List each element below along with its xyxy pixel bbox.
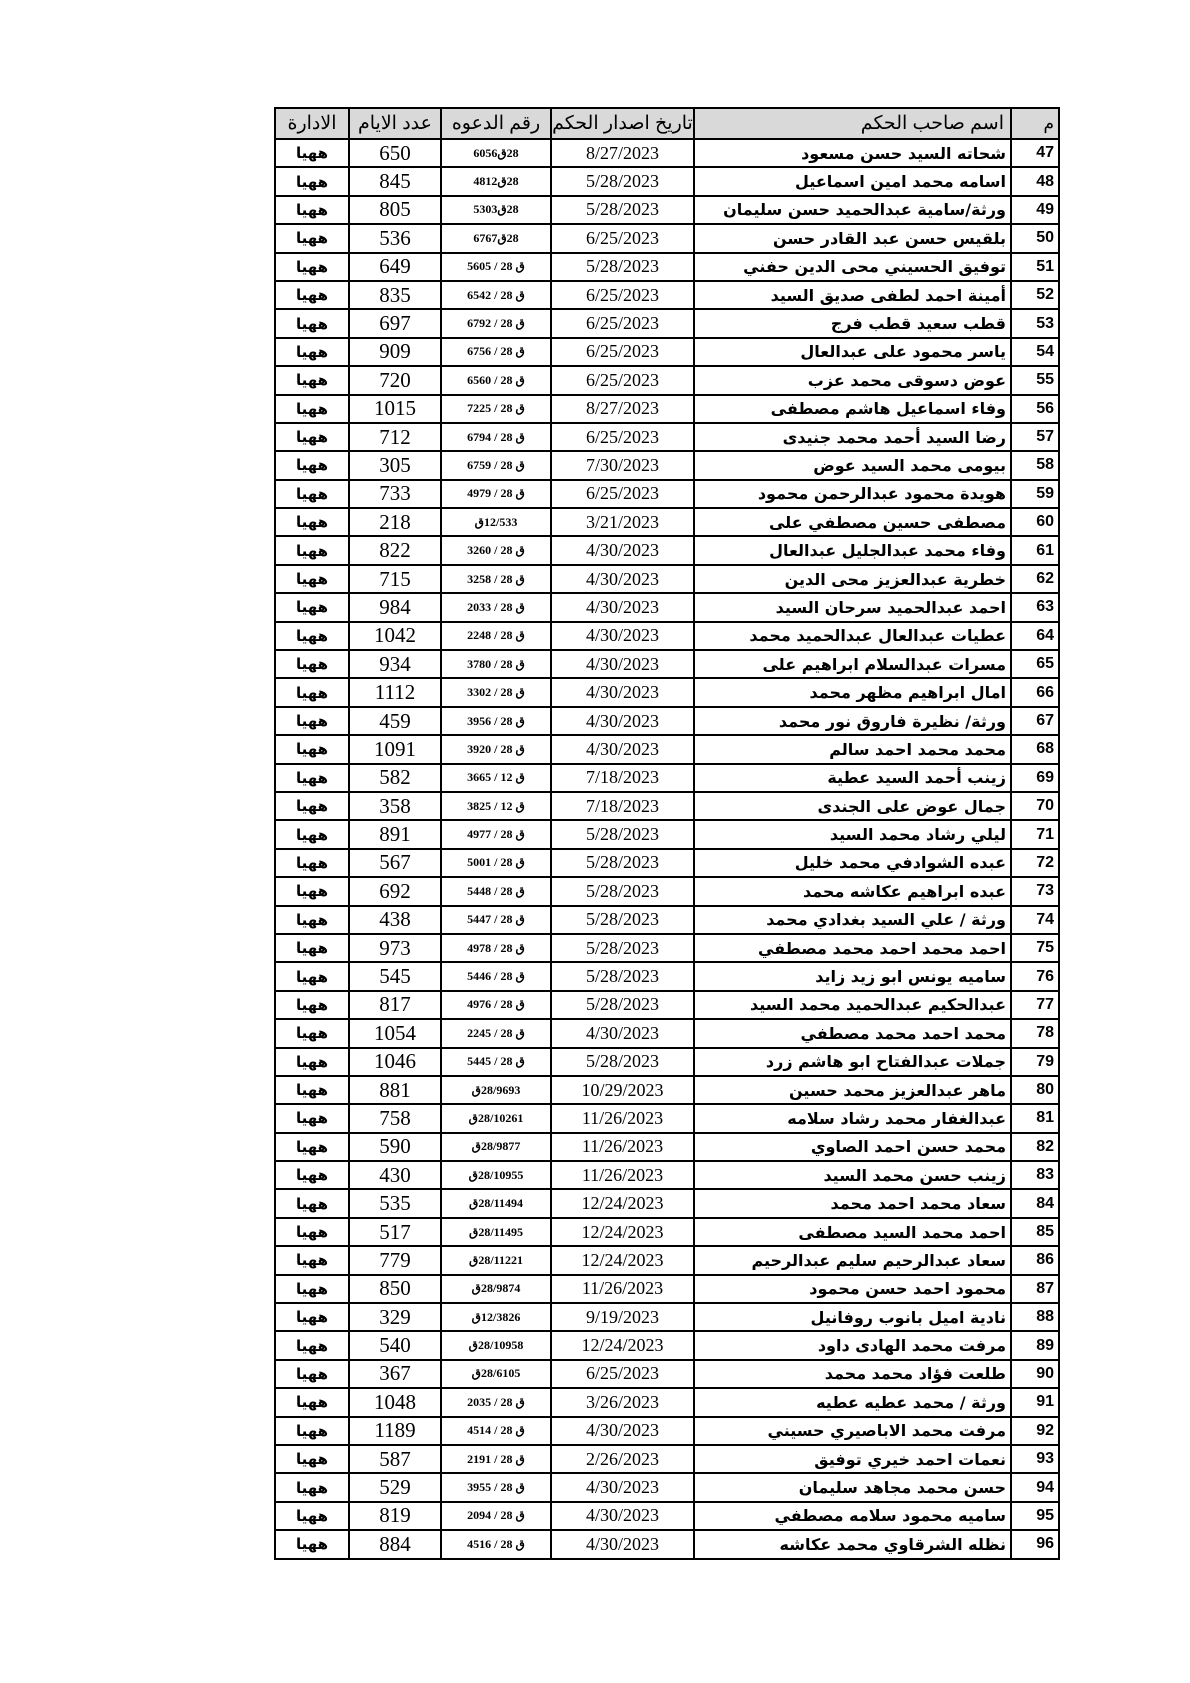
cell-case-number: 28ق5303 (441, 196, 551, 224)
cell-serial: 71 (1011, 820, 1059, 848)
table-row: ههيا1042ق 28 / 22484/30/2023عطيات عبدالع… (275, 622, 1059, 650)
cell-name: زينب أحمد السيد عطية (694, 764, 1011, 792)
cell-name: ورثة/سامية عبدالحميد حسن سليمان (694, 196, 1011, 224)
table-row: ههيا819ق 28 / 20944/30/2023ساميه محمود س… (275, 1502, 1059, 1530)
cell-name: وفاء محمد عبدالجليل عبدالعال (694, 536, 1011, 564)
cell-name: جمال عوض على الجندى (694, 792, 1011, 820)
cell-case-number: ق 12 / 3825 (441, 792, 551, 820)
cell-admin: ههيا (275, 1275, 349, 1303)
cell-name: احمد عبدالحميد سرحان السيد (694, 593, 1011, 621)
cell-days: 984 (349, 593, 441, 621)
cell-days: 720 (349, 366, 441, 394)
cell-ruling-date: 6/25/2023 (551, 480, 694, 508)
cell-admin: ههيا (275, 622, 349, 650)
table-row: ههيا459ق 28 / 39564/30/2023ورثة/ نظيرة ف… (275, 707, 1059, 735)
cell-case-number: ق 28 / 4978 (441, 934, 551, 962)
cell-serial: 83 (1011, 1161, 1059, 1189)
cell-ruling-date: 5/28/2023 (551, 962, 694, 990)
cell-admin: ههيا (275, 536, 349, 564)
cell-serial: 58 (1011, 451, 1059, 479)
cell-admin: ههيا (275, 792, 349, 820)
cell-case-number: ق 28 / 4514 (441, 1417, 551, 1445)
cell-admin: ههيا (275, 1104, 349, 1132)
table-row: ههيا43028/10955ق11/26/2023زينب حسن محمد … (275, 1161, 1059, 1189)
table-row: ههيا54028/10958ق12/24/2023مرفت محمد الها… (275, 1331, 1059, 1359)
cell-days: 582 (349, 764, 441, 792)
cell-serial: 62 (1011, 565, 1059, 593)
cell-name: عوض دسوقى محمد عزب (694, 366, 1011, 394)
cell-name: أمينة احمد لطفى صديق السيد (694, 281, 1011, 309)
cell-serial: 53 (1011, 309, 1059, 337)
table-row: ههيا715ق 28 / 32584/30/2023خطرية عبدالعز… (275, 565, 1059, 593)
cell-days: 697 (349, 309, 441, 337)
cell-days: 891 (349, 820, 441, 848)
cell-serial: 76 (1011, 962, 1059, 990)
table-row: ههيا934ق 28 / 37804/30/2023مسرات عبدالسل… (275, 650, 1059, 678)
cell-admin: ههيا (275, 849, 349, 877)
cell-case-number: ق 28 / 4977 (441, 820, 551, 848)
cell-admin: ههيا (275, 224, 349, 252)
rulings-table-sheet: الادارة عدد الايام رقم الدعوه تاريخ اصدا… (274, 107, 1058, 1560)
cell-ruling-date: 12/24/2023 (551, 1218, 694, 1246)
cell-admin: ههيا (275, 196, 349, 224)
cell-days: 819 (349, 1502, 441, 1530)
table-row: ههيا649ق 28 / 56055/28/2023توفيق الحسيني… (275, 253, 1059, 281)
cell-name: خطرية عبدالعزيز محى الدين (694, 565, 1011, 593)
cell-serial: 57 (1011, 423, 1059, 451)
cell-days: 850 (349, 1275, 441, 1303)
cell-ruling-date: 11/26/2023 (551, 1161, 694, 1189)
cell-name: احمد محمد السيد مصطفى (694, 1218, 1011, 1246)
cell-days: 305 (349, 451, 441, 479)
header-ruling-date: تاريخ اصدار الحكم (551, 108, 694, 139)
cell-serial: 51 (1011, 253, 1059, 281)
cell-case-number: 28ق4812 (441, 167, 551, 195)
cell-ruling-date: 8/27/2023 (551, 139, 694, 167)
cell-ruling-date: 5/28/2023 (551, 849, 694, 877)
cell-case-number: ق 28 / 5445 (441, 1048, 551, 1076)
cell-case-number: 28/9874ق (441, 1275, 551, 1303)
cell-serial: 88 (1011, 1303, 1059, 1331)
cell-admin: ههيا (275, 1388, 349, 1416)
cell-serial: 50 (1011, 224, 1059, 252)
cell-days: 973 (349, 934, 441, 962)
cell-ruling-date: 9/19/2023 (551, 1303, 694, 1331)
cell-days: 529 (349, 1473, 441, 1501)
cell-serial: 91 (1011, 1388, 1059, 1416)
cell-name: بلقيس حسن عبد القادر حسن (694, 224, 1011, 252)
cell-ruling-date: 7/18/2023 (551, 792, 694, 820)
cell-serial: 68 (1011, 735, 1059, 763)
table-row: ههيا53528/11494ق12/24/2023سعاد محمد احمد… (275, 1189, 1059, 1217)
cell-case-number: ق 28 / 2248 (441, 622, 551, 650)
cell-days: 881 (349, 1076, 441, 1104)
cell-admin: ههيا (275, 1133, 349, 1161)
cell-days: 817 (349, 991, 441, 1019)
cell-case-number: ق 28 / 2035 (441, 1388, 551, 1416)
cell-case-number: ق 28 / 3955 (441, 1473, 551, 1501)
table-row: ههيا973ق 28 / 49785/28/2023احمد محمد احم… (275, 934, 1059, 962)
cell-ruling-date: 4/30/2023 (551, 650, 694, 678)
cell-days: 712 (349, 423, 441, 451)
cell-serial: 81 (1011, 1104, 1059, 1132)
cell-name: ماهر عبدالعزيز محمد حسين (694, 1076, 1011, 1104)
cell-ruling-date: 11/26/2023 (551, 1133, 694, 1161)
cell-serial: 73 (1011, 877, 1059, 905)
cell-name: مصطفى حسين مصطفي على (694, 508, 1011, 536)
cell-days: 692 (349, 877, 441, 905)
cell-case-number: ق 28 / 6794 (441, 423, 551, 451)
table-row: ههيا36728/6105ق6/25/2023طلعت فؤاد محمد م… (275, 1360, 1059, 1388)
cell-case-number: ق 28 / 3956 (441, 707, 551, 735)
cell-ruling-date: 4/30/2023 (551, 1019, 694, 1047)
cell-case-number: ق 28 / 5446 (441, 962, 551, 990)
cell-serial: 79 (1011, 1048, 1059, 1076)
cell-name: محمود احمد حسن محمود (694, 1275, 1011, 1303)
cell-days: 540 (349, 1331, 441, 1359)
table-row: ههيا817ق 28 / 49765/28/2023عبدالحكيم عبد… (275, 991, 1059, 1019)
cell-serial: 92 (1011, 1417, 1059, 1445)
cell-ruling-date: 6/25/2023 (551, 423, 694, 451)
cell-ruling-date: 4/30/2023 (551, 735, 694, 763)
cell-name: توفيق الحسيني محى الدين حفني (694, 253, 1011, 281)
cell-name: مرفت محمد الاباصيري حسيني (694, 1417, 1011, 1445)
cell-case-number: ق 28 / 3920 (441, 735, 551, 763)
cell-case-number: ق 28 / 5001 (441, 849, 551, 877)
table-row: ههيا1048ق 28 / 20353/26/2023ورثة / محمد … (275, 1388, 1059, 1416)
cell-serial: 93 (1011, 1445, 1059, 1473)
cell-days: 367 (349, 1360, 441, 1388)
cell-case-number: ق 28 / 4516 (441, 1530, 551, 1558)
cell-days: 1054 (349, 1019, 441, 1047)
cell-case-number: 12/3826ق (441, 1303, 551, 1331)
cell-name: احمد محمد احمد محمد مصطفي (694, 934, 1011, 962)
table-row: ههيا835ق 28 / 65426/25/2023أمينة احمد لط… (275, 281, 1059, 309)
cell-days: 1112 (349, 678, 441, 706)
cell-serial: 87 (1011, 1275, 1059, 1303)
cell-serial: 85 (1011, 1218, 1059, 1246)
cell-admin: ههيا (275, 1445, 349, 1473)
table-row: ههيا891ق 28 / 49775/28/2023ليلي رشاد محم… (275, 820, 1059, 848)
table-row: ههيا59028/9877ق11/26/2023محمد حسن احمد ا… (275, 1133, 1059, 1161)
cell-ruling-date: 4/30/2023 (551, 622, 694, 650)
cell-name: ورثة/ نظيرة فاروق نور محمد (694, 707, 1011, 735)
cell-name: شحاته السيد حسن مسعود (694, 139, 1011, 167)
cell-days: 517 (349, 1218, 441, 1246)
table-row: ههيا692ق 28 / 54485/28/2023عبده ابراهيم … (275, 877, 1059, 905)
cell-name: ورثة / علي السيد بغدادي محمد (694, 906, 1011, 934)
cell-name: وفاء اسماعيل هاشم مصطفى (694, 395, 1011, 423)
cell-serial: 95 (1011, 1502, 1059, 1530)
cell-ruling-date: 7/18/2023 (551, 764, 694, 792)
cell-ruling-date: 5/28/2023 (551, 196, 694, 224)
cell-admin: ههيا (275, 934, 349, 962)
header-row: الادارة عدد الايام رقم الدعوه تاريخ اصدا… (275, 108, 1059, 139)
header-days: عدد الايام (349, 108, 441, 139)
cell-case-number: 28/6105ق (441, 1360, 551, 1388)
cell-admin: ههيا (275, 593, 349, 621)
cell-case-number: ق 28 / 2094 (441, 1502, 551, 1530)
cell-serial: 77 (1011, 991, 1059, 1019)
cell-days: 884 (349, 1530, 441, 1558)
cell-serial: 74 (1011, 906, 1059, 934)
table-row: ههيا305ق 28 / 67597/30/2023بيومى محمد ال… (275, 451, 1059, 479)
cell-case-number: ق 28 / 3258 (441, 565, 551, 593)
cell-case-number: 28/11221ق (441, 1246, 551, 1274)
table-row: ههيا80528ق53035/28/2023ورثة/سامية عبدالح… (275, 196, 1059, 224)
cell-admin: ههيا (275, 1530, 349, 1558)
cell-case-number: ق 28 / 2033 (441, 593, 551, 621)
cell-ruling-date: 6/25/2023 (551, 224, 694, 252)
cell-serial: 78 (1011, 1019, 1059, 1047)
cell-serial: 60 (1011, 508, 1059, 536)
table-row: ههيا88128/9693ق10/29/2023ماهر عبدالعزيز … (275, 1076, 1059, 1104)
cell-ruling-date: 12/24/2023 (551, 1189, 694, 1217)
cell-days: 779 (349, 1246, 441, 1274)
cell-serial: 82 (1011, 1133, 1059, 1161)
cell-ruling-date: 12/24/2023 (551, 1331, 694, 1359)
table-row: ههيا21812/533ق3/21/2023مصطفى حسين مصطفي … (275, 508, 1059, 536)
cell-ruling-date: 5/28/2023 (551, 934, 694, 962)
cell-case-number: ق 28 / 4979 (441, 480, 551, 508)
cell-serial: 52 (1011, 281, 1059, 309)
cell-days: 438 (349, 906, 441, 934)
cell-ruling-date: 4/30/2023 (551, 1502, 694, 1530)
cell-ruling-date: 5/28/2023 (551, 253, 694, 281)
cell-name: هويدة محمود عبدالرحمن محمود (694, 480, 1011, 508)
cell-admin: ههيا (275, 139, 349, 167)
cell-case-number: ق 28 / 6756 (441, 338, 551, 366)
cell-serial: 90 (1011, 1360, 1059, 1388)
table-row: ههيا1015ق 28 / 72258/27/2023وفاء اسماعيل… (275, 395, 1059, 423)
cell-days: 1189 (349, 1417, 441, 1445)
cell-admin: ههيا (275, 991, 349, 1019)
cell-days: 545 (349, 962, 441, 990)
cell-days: 1091 (349, 735, 441, 763)
cell-days: 1015 (349, 395, 441, 423)
cell-admin: ههيا (275, 480, 349, 508)
cell-days: 805 (349, 196, 441, 224)
table-row: ههيا697ق 28 / 67926/25/2023قطب سعيد قطب … (275, 309, 1059, 337)
cell-serial: 66 (1011, 678, 1059, 706)
cell-serial: 48 (1011, 167, 1059, 195)
cell-ruling-date: 5/28/2023 (551, 1048, 694, 1076)
cell-days: 1042 (349, 622, 441, 650)
cell-days: 567 (349, 849, 441, 877)
cell-case-number: ق 28 / 5447 (441, 906, 551, 934)
cell-name: محمد حسن احمد الصاوي (694, 1133, 1011, 1161)
cell-admin: ههيا (275, 735, 349, 763)
cell-case-number: 28/10955ق (441, 1161, 551, 1189)
cell-days: 1048 (349, 1388, 441, 1416)
cell-admin: ههيا (275, 366, 349, 394)
cell-days: 329 (349, 1303, 441, 1331)
cell-ruling-date: 4/30/2023 (551, 678, 694, 706)
cell-case-number: ق 28 / 5448 (441, 877, 551, 905)
cell-admin: ههيا (275, 565, 349, 593)
cell-serial: 84 (1011, 1189, 1059, 1217)
table-row: ههيا567ق 28 / 50015/28/2023عبده الشوادفي… (275, 849, 1059, 877)
table-row: ههيا909ق 28 / 67566/25/2023ياسر محمود عل… (275, 338, 1059, 366)
cell-ruling-date: 6/25/2023 (551, 366, 694, 394)
cell-admin: ههيا (275, 1502, 349, 1530)
cell-serial: 56 (1011, 395, 1059, 423)
cell-days: 536 (349, 224, 441, 252)
cell-serial: 94 (1011, 1473, 1059, 1501)
cell-admin: ههيا (275, 1048, 349, 1076)
table-row: ههيا712ق 28 / 67946/25/2023رضا السيد أحم… (275, 423, 1059, 451)
cell-ruling-date: 7/30/2023 (551, 451, 694, 479)
cell-ruling-date: 4/30/2023 (551, 536, 694, 564)
header-case-number: رقم الدعوه (441, 108, 551, 139)
cell-serial: 67 (1011, 707, 1059, 735)
cell-case-number: ق 28 / 7225 (441, 395, 551, 423)
cell-days: 835 (349, 281, 441, 309)
cell-name: عبده ابراهيم عكاشه محمد (694, 877, 1011, 905)
cell-admin: ههيا (275, 1331, 349, 1359)
cell-case-number: ق 12 / 3665 (441, 764, 551, 792)
cell-days: 590 (349, 1133, 441, 1161)
cell-ruling-date: 4/30/2023 (551, 1473, 694, 1501)
header-admin: الادارة (275, 108, 349, 139)
table-row: ههيا1054ق 28 / 22454/30/2023محمد احمد مح… (275, 1019, 1059, 1047)
cell-name: عبده الشوادفي محمد خليل (694, 849, 1011, 877)
table-row: ههيا733ق 28 / 49796/25/2023هويدة محمود ع… (275, 480, 1059, 508)
cell-ruling-date: 8/27/2023 (551, 395, 694, 423)
cell-case-number: 28/10958ق (441, 1331, 551, 1359)
cell-ruling-date: 4/30/2023 (551, 707, 694, 735)
cell-serial: 86 (1011, 1246, 1059, 1274)
table-row: ههيا1091ق 28 / 39204/30/2023محمد محمد اح… (275, 735, 1059, 763)
cell-ruling-date: 2/26/2023 (551, 1445, 694, 1473)
cell-admin: ههيا (275, 678, 349, 706)
cell-case-number: ق 28 / 6792 (441, 309, 551, 337)
cell-name: عبدالغفار محمد رشاد سلامه (694, 1104, 1011, 1132)
cell-admin: ههيا (275, 253, 349, 281)
cell-admin: ههيا (275, 1417, 349, 1445)
cell-case-number: 28/9693ق (441, 1076, 551, 1104)
cell-case-number: ق 28 / 5605 (441, 253, 551, 281)
cell-name: عطيات عبدالعال عبدالحميد محمد (694, 622, 1011, 650)
cell-ruling-date: 5/28/2023 (551, 820, 694, 848)
cell-serial: 49 (1011, 196, 1059, 224)
cell-ruling-date: 11/26/2023 (551, 1104, 694, 1132)
cell-case-number: 28/9877ق (441, 1133, 551, 1161)
table-row: ههيا53628ق67676/25/2023بلقيس حسن عبد الق… (275, 224, 1059, 252)
cell-case-number: ق 28 / 6560 (441, 366, 551, 394)
cell-case-number: ق 28 / 2191 (441, 1445, 551, 1473)
cell-admin: ههيا (275, 1303, 349, 1331)
table-body: ههيا65028ق60568/27/2023شحاته السيد حسن م… (275, 139, 1059, 1559)
cell-admin: ههيا (275, 877, 349, 905)
cell-ruling-date: 12/24/2023 (551, 1246, 694, 1274)
cell-name: جملات عبدالفتاح ابو هاشم زرد (694, 1048, 1011, 1076)
cell-serial: 69 (1011, 764, 1059, 792)
cell-ruling-date: 5/28/2023 (551, 906, 694, 934)
cell-name: عبدالحكيم عبدالحميد محمد السيد (694, 991, 1011, 1019)
cell-serial: 61 (1011, 536, 1059, 564)
cell-case-number: ق 28 / 2245 (441, 1019, 551, 1047)
cell-admin: ههيا (275, 1218, 349, 1246)
cell-days: 650 (349, 139, 441, 167)
table-row: ههيا75828/10261ق11/26/2023عبدالغفار محمد… (275, 1104, 1059, 1132)
cell-ruling-date: 5/28/2023 (551, 991, 694, 1019)
cell-days: 845 (349, 167, 441, 195)
cell-days: 934 (349, 650, 441, 678)
cell-admin: ههيا (275, 1246, 349, 1274)
table-row: ههيا529ق 28 / 39554/30/2023حسن محمد مجاه… (275, 1473, 1059, 1501)
cell-case-number: ق 28 / 3302 (441, 678, 551, 706)
table-row: ههيا587ق 28 / 21912/26/2023نعمات احمد خي… (275, 1445, 1059, 1473)
cell-case-number: 12/533ق (441, 508, 551, 536)
cell-ruling-date: 5/28/2023 (551, 167, 694, 195)
cell-days: 430 (349, 1161, 441, 1189)
cell-days: 715 (349, 565, 441, 593)
cell-admin: ههيا (275, 508, 349, 536)
cell-name: ورثة / محمد عطيه عطيه (694, 1388, 1011, 1416)
cell-ruling-date: 6/25/2023 (551, 281, 694, 309)
cell-name: قطب سعيد قطب فرج (694, 309, 1011, 337)
cell-days: 822 (349, 536, 441, 564)
table-row: ههيا720ق 28 / 65606/25/2023عوض دسوقى محم… (275, 366, 1059, 394)
cell-serial: 64 (1011, 622, 1059, 650)
table-row: ههيا1112ق 28 / 33024/30/2023امال ابراهيم… (275, 678, 1059, 706)
cell-name: سعاد محمد احمد محمد (694, 1189, 1011, 1217)
cell-admin: ههيا (275, 1076, 349, 1104)
table-row: ههيا32912/3826ق9/19/2023نادية اميل بانوب… (275, 1303, 1059, 1331)
cell-admin: ههيا (275, 1360, 349, 1388)
cell-name: نادية اميل بانوب روفانيل (694, 1303, 1011, 1331)
cell-serial: 75 (1011, 934, 1059, 962)
table-row: ههيا1189ق 28 / 45144/30/2023مرفت محمد ال… (275, 1417, 1059, 1445)
cell-admin: ههيا (275, 451, 349, 479)
cell-name: نعمات احمد خيري توفيق (694, 1445, 1011, 1473)
cell-case-number: ق 28 / 3260 (441, 536, 551, 564)
cell-days: 218 (349, 508, 441, 536)
cell-name: ساميه محمود سلامه مصطفي (694, 1502, 1011, 1530)
table-row: ههيا1046ق 28 / 54455/28/2023جملات عبدالف… (275, 1048, 1059, 1076)
cell-ruling-date: 11/26/2023 (551, 1275, 694, 1303)
cell-admin: ههيا (275, 764, 349, 792)
cell-serial: 55 (1011, 366, 1059, 394)
table-row: ههيا884ق 28 / 45164/30/2023نظله الشرقاوي… (275, 1530, 1059, 1558)
table-header: الادارة عدد الايام رقم الدعوه تاريخ اصدا… (275, 108, 1059, 139)
table-row: ههيا582ق 12 / 36657/18/2023زينب أحمد الس… (275, 764, 1059, 792)
table-row: ههيا77928/11221ق12/24/2023سعاد عبدالرحيم… (275, 1246, 1059, 1274)
table-row: ههيا85028/9874ق11/26/2023محمود احمد حسن … (275, 1275, 1059, 1303)
cell-admin: ههيا (275, 962, 349, 990)
rulings-table: الادارة عدد الايام رقم الدعوه تاريخ اصدا… (274, 107, 1060, 1560)
cell-days: 649 (349, 253, 441, 281)
cell-admin: ههيا (275, 395, 349, 423)
cell-admin: ههيا (275, 1189, 349, 1217)
cell-case-number: ق 28 / 6542 (441, 281, 551, 309)
cell-admin: ههيا (275, 1019, 349, 1047)
cell-ruling-date: 4/30/2023 (551, 565, 694, 593)
cell-name: بيومى محمد السيد عوض (694, 451, 1011, 479)
cell-ruling-date: 6/25/2023 (551, 338, 694, 366)
table-row: ههيا65028ق60568/27/2023شحاته السيد حسن م… (275, 139, 1059, 167)
cell-ruling-date: 10/29/2023 (551, 1076, 694, 1104)
cell-name: مرفت محمد الهادى داود (694, 1331, 1011, 1359)
cell-case-number: 28ق6767 (441, 224, 551, 252)
cell-ruling-date: 3/26/2023 (551, 1388, 694, 1416)
cell-admin: ههيا (275, 167, 349, 195)
cell-admin: ههيا (275, 1473, 349, 1501)
cell-days: 1046 (349, 1048, 441, 1076)
cell-admin: ههيا (275, 906, 349, 934)
cell-ruling-date: 4/30/2023 (551, 593, 694, 621)
